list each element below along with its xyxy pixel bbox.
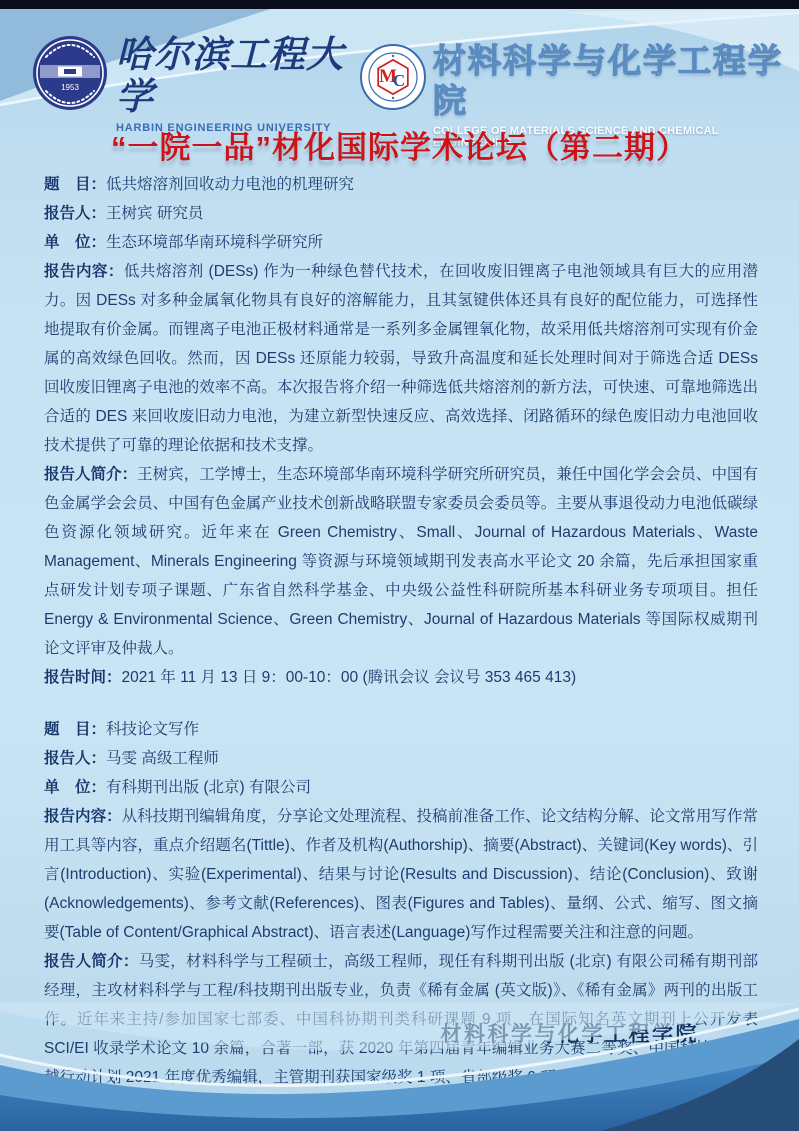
content-area: 题 目：低共熔溶剂回收动力电池的机理研究 报告人：王树宾 研究员 单 位：生态环… xyxy=(44,170,758,1121)
abstract-label: 报告内容： xyxy=(44,808,122,825)
speaker-value: 马雯 高级工程师 xyxy=(106,744,219,773)
footer-wave-decoration xyxy=(0,1003,799,1131)
university-name-block: 哈尔滨工程大学 HARBIN ENGINEERING UNIVERSITY xyxy=(116,35,366,134)
speaker-field: 报告人：马雯 高级工程师 xyxy=(44,744,758,773)
affiliation-value: 生态环境部华南环境科学研究所 xyxy=(106,228,323,257)
talk-section-1: 题 目：低共熔溶剂回收动力电池的机理研究 报告人：王树宾 研究员 单 位：生态环… xyxy=(44,170,758,692)
talk-abstract: 报告内容：低共熔溶剂 (DESs) 作为一种绿色替代技术，在回收废旧锂离子电池领… xyxy=(44,257,758,460)
svg-text:1953: 1953 xyxy=(61,83,79,92)
speaker-field: 报告人：王树宾 研究员 xyxy=(44,199,758,228)
university-name-cn: 哈尔滨工程大学 xyxy=(116,35,366,119)
time-label: 报告时间： xyxy=(44,669,122,686)
topic-value: 科技论文写作 xyxy=(106,715,199,744)
talk-time: 报告时间：2021 年 11 月 13 日 9：00-10：00 (腾讯会议 会… xyxy=(44,663,758,692)
speaker-label: 报告人： xyxy=(44,199,106,228)
topic-field: 题 目：科技论文写作 xyxy=(44,715,758,744)
topic-value: 低共熔溶剂回收动力电池的机理研究 xyxy=(106,170,354,199)
topic-label: 题 目： xyxy=(44,715,106,744)
college-logo-icon: M C xyxy=(359,43,427,111)
abstract-text: 从科技期刊编辑角度，分享论文处理流程、投稿前准备工作、论文结构分解、论文常用写作… xyxy=(44,808,758,941)
college-name-cn: 材料科学与化学工程学院 xyxy=(433,41,793,121)
brand-row: 1953 哈尔滨工程大学 HARBIN ENGINEERING UNIVERSI… xyxy=(0,9,799,117)
bio-label: 报告人简介： xyxy=(44,466,137,483)
svg-text:C: C xyxy=(393,71,405,90)
affiliation-field: 单 位：有科期刊出版 (北京) 有限公司 xyxy=(44,773,758,802)
time-text: 2021 年 11 月 13 日 9：00-10：00 (腾讯会议 会议号 35… xyxy=(122,669,577,686)
speaker-value: 王树宾 研究员 xyxy=(106,199,203,228)
affiliation-label: 单 位： xyxy=(44,228,106,257)
affiliation-label: 单 位： xyxy=(44,773,106,802)
topic-field: 题 目：低共熔溶剂回收动力电池的机理研究 xyxy=(44,170,758,199)
header: 1953 哈尔滨工程大学 HARBIN ENGINEERING UNIVERSI… xyxy=(0,9,799,117)
affiliation-field: 单 位：生态环境部华南环境科学研究所 xyxy=(44,228,758,257)
speaker-bio: 报告人简介：王树宾，工学博士，生态环境部华南环境科学研究所研究员，兼任中国化学会… xyxy=(44,460,758,663)
talk-abstract: 报告内容：从科技期刊编辑角度，分享论文处理流程、投稿前准备工作、论文结构分解、论… xyxy=(44,802,758,947)
bio-text: 王树宾，工学博士，生态环境部华南环境科学研究所研究员，兼任中国化学会会员、中国有… xyxy=(44,466,758,657)
forum-poster: 1953 哈尔滨工程大学 HARBIN ENGINEERING UNIVERSI… xyxy=(0,0,799,1131)
forum-title: “一院一品”材化国际学术论坛（第二期） xyxy=(0,122,799,167)
top-dark-bar xyxy=(0,0,799,9)
university-logo-icon: 1953 xyxy=(32,35,108,111)
abstract-text: 低共熔溶剂 (DESs) 作为一种绿色替代技术，在回收废旧锂离子电池领域具有巨大… xyxy=(44,263,758,454)
bio-label: 报告人简介： xyxy=(44,953,139,970)
speaker-label: 报告人： xyxy=(44,744,106,773)
topic-label: 题 目： xyxy=(44,170,106,199)
abstract-label: 报告内容： xyxy=(44,263,124,280)
affiliation-value: 有科期刊出版 (北京) 有限公司 xyxy=(106,773,311,802)
